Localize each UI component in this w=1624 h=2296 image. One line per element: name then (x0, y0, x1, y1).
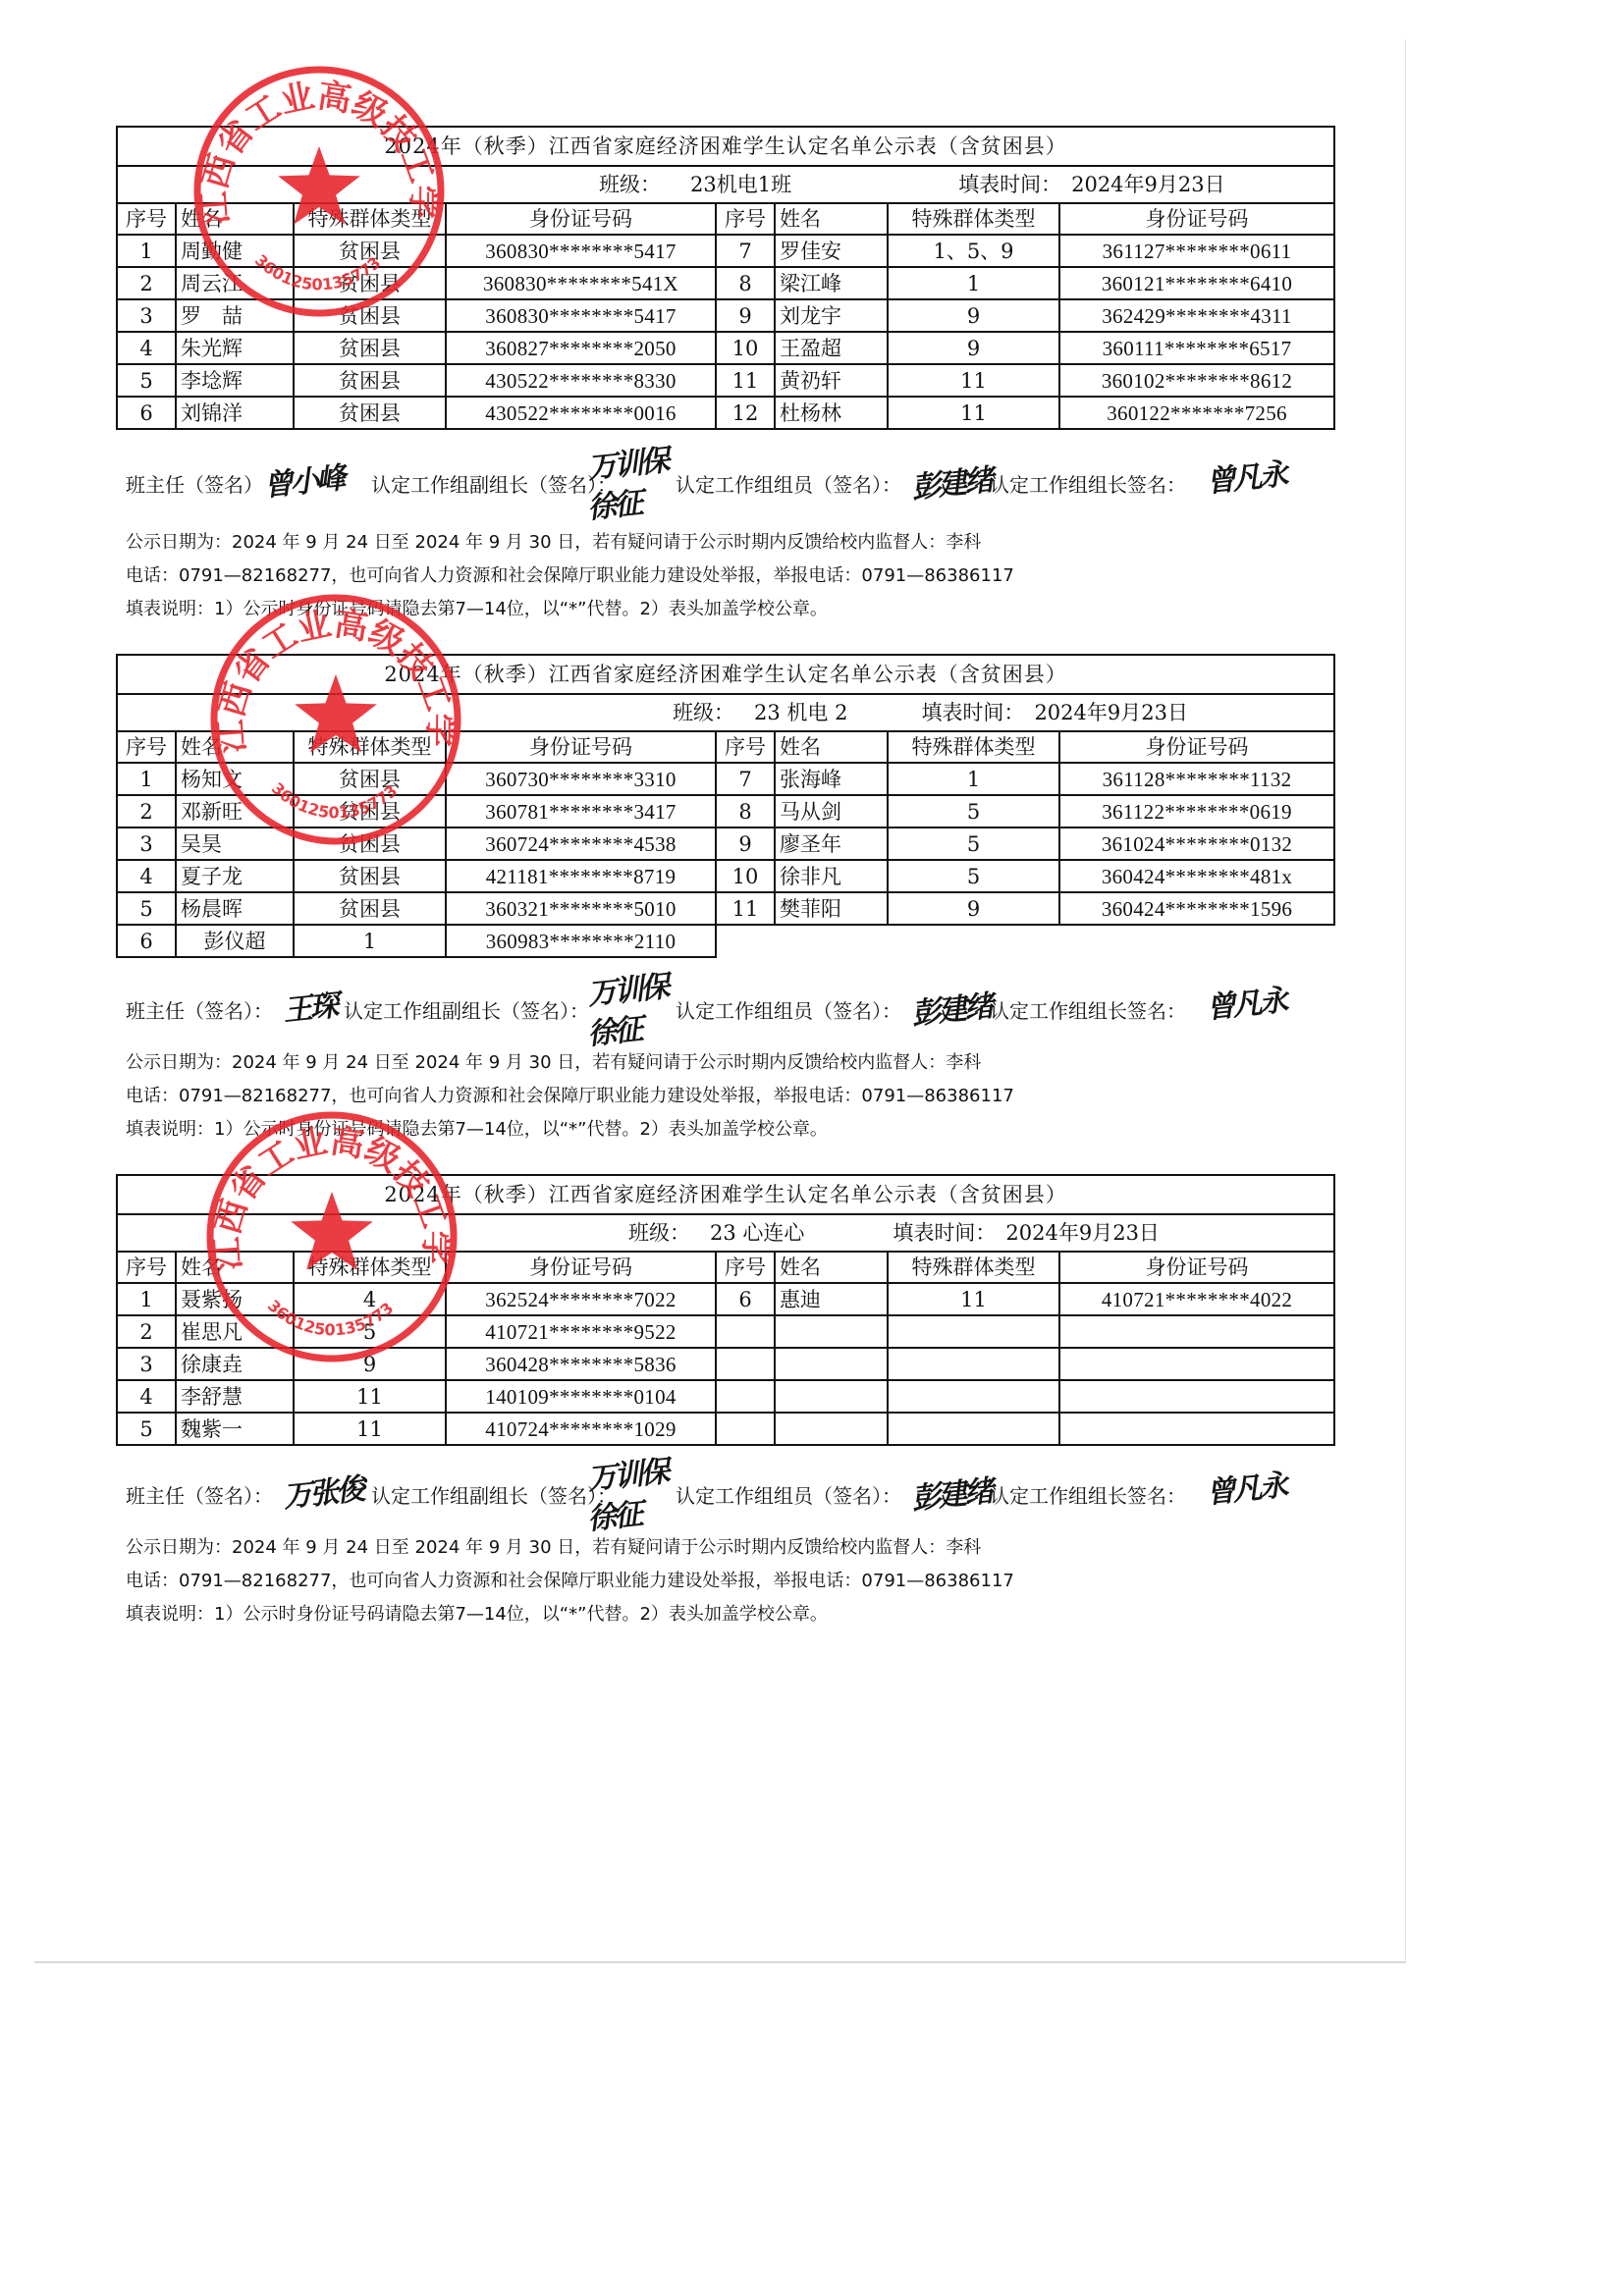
id-number (1059, 1380, 1334, 1413)
special-group-type: 1 (888, 763, 1059, 795)
deputy-leader-signature-2: 徐征 (585, 478, 642, 526)
fill-time-label: 填表时间： (893, 1219, 996, 1247)
id-number (1059, 1413, 1334, 1445)
column-header: 特殊群体类型 (294, 1252, 446, 1283)
special-group-type: 贫困县 (294, 267, 446, 299)
row-number: 6 (117, 397, 176, 429)
special-group-type: 5 (888, 860, 1059, 892)
class-info-row: 班级：23 机电 2填表时间：2024年9月23日 (117, 694, 1334, 731)
column-header: 特殊群体类型 (294, 203, 446, 235)
student-name: 刘龙宇 (775, 299, 888, 332)
special-group-type (888, 1380, 1059, 1413)
student-name: 周云江 (176, 267, 294, 299)
row-number: 8 (716, 267, 775, 299)
special-group-type (888, 1348, 1059, 1380)
leader-signature-label: 认定工作组组长签名： (990, 1480, 1186, 1509)
table-row: 4朱光辉贫困县360827********205010王盈超9360111***… (117, 332, 1334, 364)
head-teacher-signature: 王琛 (281, 981, 338, 1029)
id-number: 410724********1029 (446, 1413, 716, 1445)
special-group-type: 1、5、9 (888, 235, 1059, 267)
id-number: 360830********5417 (446, 299, 716, 332)
id-number: 421181********8719 (446, 860, 716, 892)
column-header: 姓名 (775, 731, 888, 763)
student-name: 彭仪超 (176, 925, 294, 957)
head-teacher-signature-label: 班主任（签名）： (126, 995, 273, 1024)
table-row: 3徐康垚9360428********5836 (117, 1348, 1334, 1380)
special-group-type: 5 (888, 795, 1059, 828)
class-label: 班级： (628, 1219, 690, 1247)
notice-table-section-2: 2024年（秋季）江西省家庭经济困难学生认定名单公示表（含贫困县）班级：23 机… (116, 654, 1333, 958)
table-row: 2邓新旺贫困县360781********34178马从剑5361122****… (117, 795, 1334, 828)
id-number: 360827********2050 (446, 332, 716, 364)
student-name (775, 1413, 888, 1445)
row-number: 3 (117, 828, 176, 860)
students-table: 2024年（秋季）江西省家庭经济困难学生认定名单公示表（含贫困县）班级：23 心… (116, 1174, 1335, 1446)
special-group-type: 11 (888, 397, 1059, 429)
student-name: 罗 喆 (176, 299, 294, 332)
table-row: 5杨晨晖贫困县360321********501011樊菲阳9360424***… (117, 892, 1334, 925)
id-number (1059, 1315, 1334, 1348)
table-row: 1聂紫扬4362524********70226惠迪11410721******… (117, 1283, 1334, 1315)
table-row: 5李埝辉贫困县430522********833011黄礽轩11360102**… (117, 364, 1334, 397)
head-teacher-signature: 曾小峰 (261, 454, 345, 505)
special-group-type: 贫困县 (294, 828, 446, 860)
student-name: 惠迪 (775, 1283, 888, 1315)
id-number: 360730********3310 (446, 763, 716, 795)
student-name: 朱光辉 (176, 332, 294, 364)
notice-period: 公示日期为：2024 年 9 月 24 日至 2024 年 9 月 30 日，若… (126, 526, 1014, 560)
notice-instructions: 填表说明：1）公示时身份证号码请隐去第7—14位，以“*”代替。2）表头加盖学校… (126, 593, 1014, 626)
notice-period: 公示日期为：2024 年 9 月 24 日至 2024 年 9 月 30 日，若… (126, 1531, 1014, 1565)
student-name: 夏子龙 (176, 860, 294, 892)
notice-table-section-1: 2024年（秋季）江西省家庭经济困难学生认定名单公示表（含贫困县）班级：23机电… (116, 126, 1333, 430)
student-name: 周勤健 (176, 235, 294, 267)
id-number: 410721********4022 (1059, 1283, 1334, 1315)
id-number: 361128********1132 (1059, 763, 1334, 795)
special-group-type: 贫困县 (294, 892, 446, 925)
row-number: 5 (117, 892, 176, 925)
row-number: 3 (117, 1348, 176, 1380)
deputy-leader-signature-label: 认定工作组副组长（签名）： (371, 469, 617, 498)
empty-area (716, 925, 1334, 957)
special-group-type: 贫困县 (294, 763, 446, 795)
column-header: 序号 (117, 1252, 176, 1283)
notice-footnotes-2: 公示日期为：2024 年 9 月 24 日至 2024 年 9 月 30 日，若… (126, 1046, 1014, 1147)
column-header: 身份证号码 (446, 1252, 716, 1283)
column-header: 序号 (716, 1252, 775, 1283)
column-header: 身份证号码 (1059, 1252, 1334, 1283)
table-title: 2024年（秋季）江西省家庭经济困难学生认定名单公示表（含贫困县） (117, 1175, 1334, 1214)
row-number: 7 (716, 763, 775, 795)
row-number: 1 (117, 1283, 176, 1315)
table-row: 1杨知文贫困县360730********33107张海峰1361128****… (117, 763, 1334, 795)
column-header: 姓名 (176, 731, 294, 763)
special-group-type: 1 (888, 267, 1059, 299)
head-teacher-signature-label: 班主任（签名）： (126, 1480, 273, 1509)
column-header: 身份证号码 (446, 731, 716, 763)
id-number: 360122*******7256 (1059, 397, 1334, 429)
row-number: 11 (716, 892, 775, 925)
student-name: 廖圣年 (775, 828, 888, 860)
id-number: 362524********7022 (446, 1283, 716, 1315)
special-group-type: 9 (888, 332, 1059, 364)
student-name: 徐非凡 (775, 860, 888, 892)
leader-signature: 曾凡永 (1204, 450, 1287, 501)
column-header: 序号 (716, 731, 775, 763)
member-signature-label: 认定工作组组员（签名）： (676, 995, 901, 1024)
row-number: 8 (716, 795, 775, 828)
special-group-type: 5 (888, 828, 1059, 860)
row-number: 5 (117, 364, 176, 397)
table-title: 2024年（秋季）江西省家庭经济困难学生认定名单公示表（含贫困县） (117, 655, 1334, 694)
notice-period: 公示日期为：2024 年 9 月 24 日至 2024 年 9 月 30 日，若… (126, 1046, 1014, 1080)
column-header: 特殊群体类型 (888, 1252, 1059, 1283)
row-number: 2 (117, 1315, 176, 1348)
row-number: 5 (117, 1413, 176, 1445)
table-row: 3吴昊贫困县360724********45389廖圣年5361024*****… (117, 828, 1334, 860)
fill-time-label: 填表时间： (958, 171, 1061, 198)
notice-phone: 电话：0791—82168277，也可向省人力资源和社会保障厅职业能力建设处举报… (126, 560, 1014, 593)
row-number: 7 (716, 235, 775, 267)
signature-row-3: 班主任（签名）：万张俊认定工作组副组长（签名）：万训保徐征认定工作组组员（签名）… (126, 1472, 1333, 1512)
special-group-type: 贫困县 (294, 364, 446, 397)
id-number: 360724********4538 (446, 828, 716, 860)
fill-time-value: 2024年9月23日 (1034, 699, 1188, 726)
notice-phone: 电话：0791—82168277，也可向省人力资源和社会保障厅职业能力建设处举报… (126, 1080, 1014, 1113)
column-header: 姓名 (775, 1252, 888, 1283)
column-header: 特殊群体类型 (888, 731, 1059, 763)
table-row: 3罗 喆贫困县360830********54179刘龙宇9362429****… (117, 299, 1334, 332)
student-name: 聂紫扬 (176, 1283, 294, 1315)
students-table: 2024年（秋季）江西省家庭经济困难学生认定名单公示表（含贫困县）班级：23 机… (116, 654, 1335, 958)
student-name: 李埝辉 (176, 364, 294, 397)
student-name: 邓新旺 (176, 795, 294, 828)
column-header: 身份证号码 (1059, 203, 1334, 235)
row-number: 3 (117, 299, 176, 332)
row-number (716, 1315, 775, 1348)
id-number: 360424********1596 (1059, 892, 1334, 925)
head-teacher-signature: 万张俊 (281, 1465, 364, 1516)
row-number: 1 (117, 235, 176, 267)
table-row: 2周云江贫困县360830********541X8梁江峰1360121****… (117, 267, 1334, 299)
special-group-type: 贫困县 (294, 299, 446, 332)
table-row: 4李舒慧11140109********0104 (117, 1380, 1334, 1413)
class-label: 班级： (599, 171, 661, 198)
student-name: 崔思凡 (176, 1315, 294, 1348)
student-name: 马从剑 (775, 795, 888, 828)
row-number: 2 (117, 795, 176, 828)
member-signature: 彭建绪 (909, 1467, 993, 1518)
row-number: 2 (117, 267, 176, 299)
table-row: 6刘锦洋贫困县430522********001612杜杨林11360122**… (117, 397, 1334, 429)
special-group-type: 11 (888, 364, 1059, 397)
special-group-type: 11 (294, 1380, 446, 1413)
students-table: 2024年（秋季）江西省家庭经济困难学生认定名单公示表（含贫困县）班级：23机电… (116, 126, 1335, 430)
id-number: 430522********8330 (446, 364, 716, 397)
student-name: 张海峰 (775, 763, 888, 795)
fill-time-value: 2024年9月23日 (1005, 1219, 1160, 1247)
row-number (716, 1348, 775, 1380)
student-name: 李舒慧 (176, 1380, 294, 1413)
member-signature-label: 认定工作组组员（签名）： (676, 1480, 901, 1509)
fill-time-value: 2024年9月23日 (1071, 171, 1225, 198)
special-group-type: 9 (888, 299, 1059, 332)
special-group-type: 贫困县 (294, 235, 446, 267)
special-group-type: 贫困县 (294, 332, 446, 364)
column-header: 身份证号码 (446, 203, 716, 235)
notice-table-section-3: 2024年（秋季）江西省家庭经济困难学生认定名单公示表（含贫困县）班级：23 心… (116, 1174, 1333, 1446)
student-name (775, 1315, 888, 1348)
column-header: 特殊群体类型 (294, 731, 446, 763)
special-group-type: 贫困县 (294, 795, 446, 828)
class-info-row: 班级：23机电1班填表时间：2024年9月23日 (117, 166, 1334, 203)
column-header: 姓名 (775, 203, 888, 235)
notice-phone: 电话：0791—82168277，也可向省人力资源和社会保障厅职业能力建设处举报… (126, 1565, 1014, 1598)
row-number: 6 (716, 1283, 775, 1315)
row-number: 6 (117, 925, 176, 957)
student-name: 杜杨林 (775, 397, 888, 429)
column-header: 姓名 (176, 203, 294, 235)
column-header: 身份证号码 (1059, 731, 1334, 763)
student-name: 杨知文 (176, 763, 294, 795)
student-name: 刘锦洋 (176, 397, 294, 429)
deputy-leader-signature-label: 认定工作组副组长（签名）： (371, 1480, 617, 1509)
student-name: 罗佳安 (775, 235, 888, 267)
table-row: 4夏子龙贫困县421181********871910徐非凡5360424***… (117, 860, 1334, 892)
student-name (775, 1380, 888, 1413)
notice-instructions: 填表说明：1）公示时身份证号码请隐去第7—14位，以“*”代替。2）表头加盖学校… (126, 1598, 1014, 1631)
head-teacher-signature-label: 班主任（签名） (126, 469, 263, 498)
id-number: 360983********2110 (446, 925, 716, 957)
student-name (775, 1348, 888, 1380)
row-number: 4 (117, 332, 176, 364)
id-number: 360424********481x (1059, 860, 1334, 892)
student-name: 樊菲阳 (775, 892, 888, 925)
leader-signature: 曾凡永 (1204, 976, 1287, 1027)
id-number: 410721********9522 (446, 1315, 716, 1348)
student-name: 徐康垚 (176, 1348, 294, 1380)
member-signature: 彭建绪 (909, 982, 993, 1033)
student-name: 梁江峰 (775, 267, 888, 299)
special-group-type: 11 (888, 1283, 1059, 1315)
special-group-type: 5 (294, 1315, 446, 1348)
leader-signature-label: 认定工作组组长签名： (990, 995, 1186, 1024)
id-number: 360321********5010 (446, 892, 716, 925)
special-group-type: 1 (294, 925, 446, 957)
table-row: 5魏紫一11410724********1029 (117, 1413, 1334, 1445)
column-header: 序号 (117, 203, 176, 235)
special-group-type: 9 (294, 1348, 446, 1380)
notice-footnotes-1: 公示日期为：2024 年 9 月 24 日至 2024 年 9 月 30 日，若… (126, 526, 1014, 626)
deputy-leader-signature-label: 认定工作组副组长（签名）： (344, 995, 589, 1024)
id-number: 360111********6517 (1059, 332, 1334, 364)
class-label: 班级： (673, 699, 734, 726)
id-number: 361127********0611 (1059, 235, 1334, 267)
student-name: 吴昊 (176, 828, 294, 860)
row-number (716, 1413, 775, 1445)
id-number: 361024********0132 (1059, 828, 1334, 860)
leader-signature: 曾凡永 (1204, 1461, 1287, 1512)
id-number: 360781********3417 (446, 795, 716, 828)
row-number (716, 1380, 775, 1413)
id-number (1059, 1348, 1334, 1380)
id-number: 360830********541X (446, 267, 716, 299)
fill-time-label: 填表时间： (921, 699, 1024, 726)
signature-row-2: 班主任（签名）：王琛认定工作组副组长（签名）：万训保徐征认定工作组组员（签名）：… (126, 988, 1333, 1027)
row-number: 4 (117, 860, 176, 892)
member-signature: 彭建绪 (909, 455, 993, 507)
row-number: 9 (716, 828, 775, 860)
special-group-type: 4 (294, 1283, 446, 1315)
special-group-type (888, 1413, 1059, 1445)
column-header: 序号 (716, 203, 775, 235)
row-number: 10 (716, 860, 775, 892)
class-name: 23机电1班 (690, 171, 791, 198)
id-number: 360121********6410 (1059, 267, 1334, 299)
student-name: 魏紫一 (176, 1413, 294, 1445)
column-header: 特殊群体类型 (888, 203, 1059, 235)
row-number: 12 (716, 397, 775, 429)
class-info-row: 班级：23 心连心填表时间：2024年9月23日 (117, 1214, 1334, 1252)
student-name: 王盈超 (775, 332, 888, 364)
column-header: 序号 (117, 731, 176, 763)
special-group-type: 贫困县 (294, 860, 446, 892)
special-group-type: 9 (888, 892, 1059, 925)
row-number: 4 (117, 1380, 176, 1413)
row-number: 11 (716, 364, 775, 397)
special-group-type: 贫困县 (294, 397, 446, 429)
row-number: 1 (117, 763, 176, 795)
table-row: 1周勤健贫困县360830********54177罗佳安1、5、9361127… (117, 235, 1334, 267)
column-header: 姓名 (176, 1252, 294, 1283)
special-group-type (888, 1315, 1059, 1348)
notice-footnotes-3: 公示日期为：2024 年 9 月 24 日至 2024 年 9 月 30 日，若… (126, 1531, 1014, 1631)
class-name: 23 心连心 (710, 1219, 804, 1247)
row-number: 10 (716, 332, 775, 364)
student-name: 杨晨晖 (176, 892, 294, 925)
id-number: 360102********8612 (1059, 364, 1334, 397)
class-name: 23 机电 2 (754, 699, 847, 726)
row-number: 9 (716, 299, 775, 332)
table-row: 2崔思凡5410721********9522 (117, 1315, 1334, 1348)
id-number: 360830********5417 (446, 235, 716, 267)
student-name: 黄礽轩 (775, 364, 888, 397)
table-row: 6彭仪超1360983********2110 (117, 925, 1334, 957)
id-number: 362429********4311 (1059, 299, 1334, 332)
id-number: 430522********0016 (446, 397, 716, 429)
member-signature-label: 认定工作组组员（签名）： (676, 469, 901, 498)
id-number: 361122********0619 (1059, 795, 1334, 828)
special-group-type: 11 (294, 1413, 446, 1445)
leader-signature-label: 认定工作组组长签名： (990, 469, 1186, 498)
id-number: 360428********5836 (446, 1348, 716, 1380)
id-number: 140109********0104 (446, 1380, 716, 1413)
signature-row-1: 班主任（签名）曾小峰认定工作组副组长（签名）：万训保徐征认定工作组组员（签名）：… (126, 461, 1333, 501)
notice-instructions: 填表说明：1）公示时身份证号码请隐去第7—14位，以“*”代替。2）表头加盖学校… (126, 1113, 1014, 1147)
table-title: 2024年（秋季）江西省家庭经济困难学生认定名单公示表（含贫困县） (117, 127, 1334, 166)
